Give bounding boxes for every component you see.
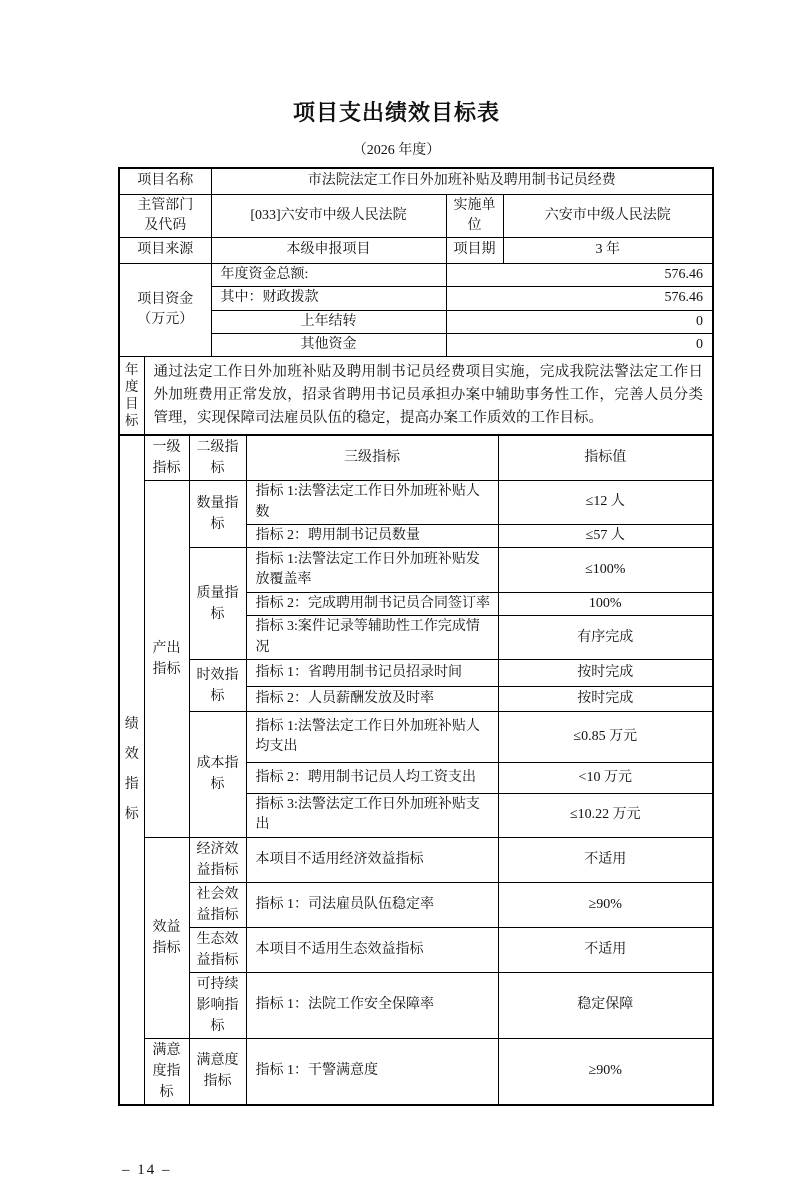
header-value: 指标值	[498, 435, 713, 481]
indicator-name: 指标 1：法院工作安全保障率	[246, 972, 498, 1038]
header-level1: 一级指标	[144, 435, 189, 481]
indicator-row: 质量指标 指标 1:法警法定工作日外加班补贴发放覆盖率 ≤100%	[119, 548, 713, 593]
level2-cost: 成本指标	[189, 712, 246, 838]
indicator-value: ≤0.85 万元	[498, 712, 713, 763]
row-funds-total: 项目资金 （万元） 年度资金总额: 576.46	[119, 264, 713, 287]
source-label: 项目来源	[119, 238, 211, 264]
indicator-name: 指标 2：聘用制书记员数量	[246, 524, 498, 547]
level2-satisfaction: 满意度指标	[189, 1038, 246, 1105]
indicator-value: ≤12 人	[498, 481, 713, 525]
period-label: 项目期	[446, 238, 503, 264]
department-value: [033]六安市中级人民法院	[211, 194, 446, 238]
annual-goal-text: 通过法定工作日外加班补贴及聘用制书记员经费项目实施，完成我院法警法定工作日外加班…	[144, 357, 713, 436]
department-label: 主管部门 及代码	[119, 194, 211, 238]
indicator-row: 生态效益指标 本项目不适用生态效益指标 不适用	[119, 927, 713, 972]
funds-carryover-value: 0	[446, 310, 713, 333]
indicator-name: 本项目不适用生态效益指标	[246, 927, 498, 972]
indicator-name: 指标 1：司法雇员队伍稳定率	[246, 882, 498, 927]
indicator-row: 社会效益指标 指标 1：司法雇员队伍稳定率 ≥90%	[119, 882, 713, 927]
funds-fiscal-value: 576.46	[446, 287, 713, 310]
indicator-value: ≥90%	[498, 882, 713, 927]
level1-output: 产出指标	[144, 481, 189, 837]
indicator-value: <10 万元	[498, 763, 713, 794]
page-number: – 14 –	[122, 1162, 793, 1179]
level1-satisfaction: 满意度指标	[144, 1038, 189, 1105]
annual-goal-label: 年度目标	[119, 357, 144, 436]
indicator-value: 100%	[498, 593, 713, 616]
indicator-name: 指标 2：人员薪酬发放及时率	[246, 687, 498, 712]
level2-social: 社会效益指标	[189, 882, 246, 927]
indicator-row: 效益指标 经济效益指标 本项目不适用经济效益指标 不适用	[119, 837, 713, 882]
indicator-row: 产出指标 数量指标 指标 1:法警法定工作日外加班补贴人数 ≤12 人	[119, 481, 713, 525]
indicator-name: 指标 1：省聘用制书记员招录时间	[246, 660, 498, 687]
period-value: 3 年	[503, 238, 713, 264]
indicator-row: 成本指标 指标 1:法警法定工作日外加班补贴人均支出 ≤0.85 万元	[119, 712, 713, 763]
indicator-name: 指标 1:法警法定工作日外加班补贴人均支出	[246, 712, 498, 763]
indicator-name: 指标 2：完成聘用制书记员合同签订率	[246, 593, 498, 616]
row-annual-goal: 年度目标 通过法定工作日外加班补贴及聘用制书记员经费项目实施，完成我院法警法定工…	[119, 357, 713, 436]
level1-benefit: 效益指标	[144, 837, 189, 1038]
impl-unit-label: 实施单位	[446, 194, 503, 238]
project-name-value: 市法院法定工作日外加班补贴及聘用制书记员经费	[211, 168, 713, 194]
indicator-name: 指标 2：聘用制书记员人均工资支出	[246, 763, 498, 794]
indicators-header-row: 绩效指标 一级指标 二级指标 三级指标 指标值	[119, 435, 713, 481]
indicator-row: 可持续影响指标 指标 1：法院工作安全保障率 稳定保障	[119, 972, 713, 1038]
level2-ecological: 生态效益指标	[189, 927, 246, 972]
impl-unit-value: 六安市中级人民法院	[503, 194, 713, 238]
document-page: { "page": { "title": "项目支出绩效目标表", "subti…	[0, 0, 793, 1122]
indicators-table: 绩效指标 一级指标 二级指标 三级指标 指标值 产出指标 数量指标 指标 1:法…	[118, 434, 714, 1105]
funds-fiscal-label: 其中：财政拨款	[211, 287, 446, 310]
indicator-value: ≤57 人	[498, 524, 713, 547]
indicator-value: ≥90%	[498, 1038, 713, 1105]
indicator-value: 按时完成	[498, 660, 713, 687]
funds-total-value: 576.46	[446, 264, 713, 287]
indicator-value: 按时完成	[498, 687, 713, 712]
funds-total-label: 年度资金总额:	[211, 264, 446, 287]
row-source: 项目来源 本级申报项目 项目期 3 年	[119, 238, 713, 264]
row-project-name: 项目名称 市法院法定工作日外加班补贴及聘用制书记员经费	[119, 168, 713, 194]
indicator-value: 稳定保障	[498, 972, 713, 1038]
project-name-label: 项目名称	[119, 168, 211, 194]
indicator-name: 指标 3:案件记录等辅助性工作完成情况	[246, 616, 498, 660]
level2-timeliness: 时效指标	[189, 660, 246, 712]
indicator-value: 不适用	[498, 837, 713, 882]
funds-other-value: 0	[446, 333, 713, 356]
indicator-value: 有序完成	[498, 616, 713, 660]
indicator-name: 指标 1:法警法定工作日外加班补贴发放覆盖率	[246, 548, 498, 593]
row-department: 主管部门 及代码 [033]六安市中级人民法院 实施单位 六安市中级人民法院	[119, 194, 713, 238]
funds-other-label: 其他资金	[211, 333, 446, 356]
indicator-value: ≤10.22 万元	[498, 794, 713, 838]
header-level2: 二级指标	[189, 435, 246, 481]
indicators-section-label: 绩效指标	[119, 435, 144, 1104]
indicator-name: 本项目不适用经济效益指标	[246, 837, 498, 882]
indicator-value: ≤100%	[498, 548, 713, 593]
header-level3: 三级指标	[246, 435, 498, 481]
indicator-row: 时效指标 指标 1：省聘用制书记员招录时间 按时完成	[119, 660, 713, 687]
level2-quality: 质量指标	[189, 548, 246, 660]
indicator-value: 不适用	[498, 927, 713, 972]
page-subtitle: （2026 年度）	[0, 139, 793, 159]
level2-quantity: 数量指标	[189, 481, 246, 548]
indicator-name: 指标 1:法警法定工作日外加班补贴人数	[246, 481, 498, 525]
page-title: 项目支出绩效目标表	[0, 0, 793, 127]
source-value: 本级申报项目	[211, 238, 446, 264]
level2-sustainability: 可持续影响指标	[189, 972, 246, 1038]
project-info-table: 项目名称 市法院法定工作日外加班补贴及聘用制书记员经费 主管部门 及代码 [03…	[118, 167, 714, 436]
indicator-name: 指标 1：干警满意度	[246, 1038, 498, 1105]
indicator-name: 指标 3:法警法定工作日外加班补贴支出	[246, 794, 498, 838]
funds-label: 项目资金 （万元）	[119, 264, 211, 357]
funds-carryover-label: 上年结转	[211, 310, 446, 333]
indicator-row: 满意度指标 满意度指标 指标 1：干警满意度 ≥90%	[119, 1038, 713, 1105]
level2-economic: 经济效益指标	[189, 837, 246, 882]
